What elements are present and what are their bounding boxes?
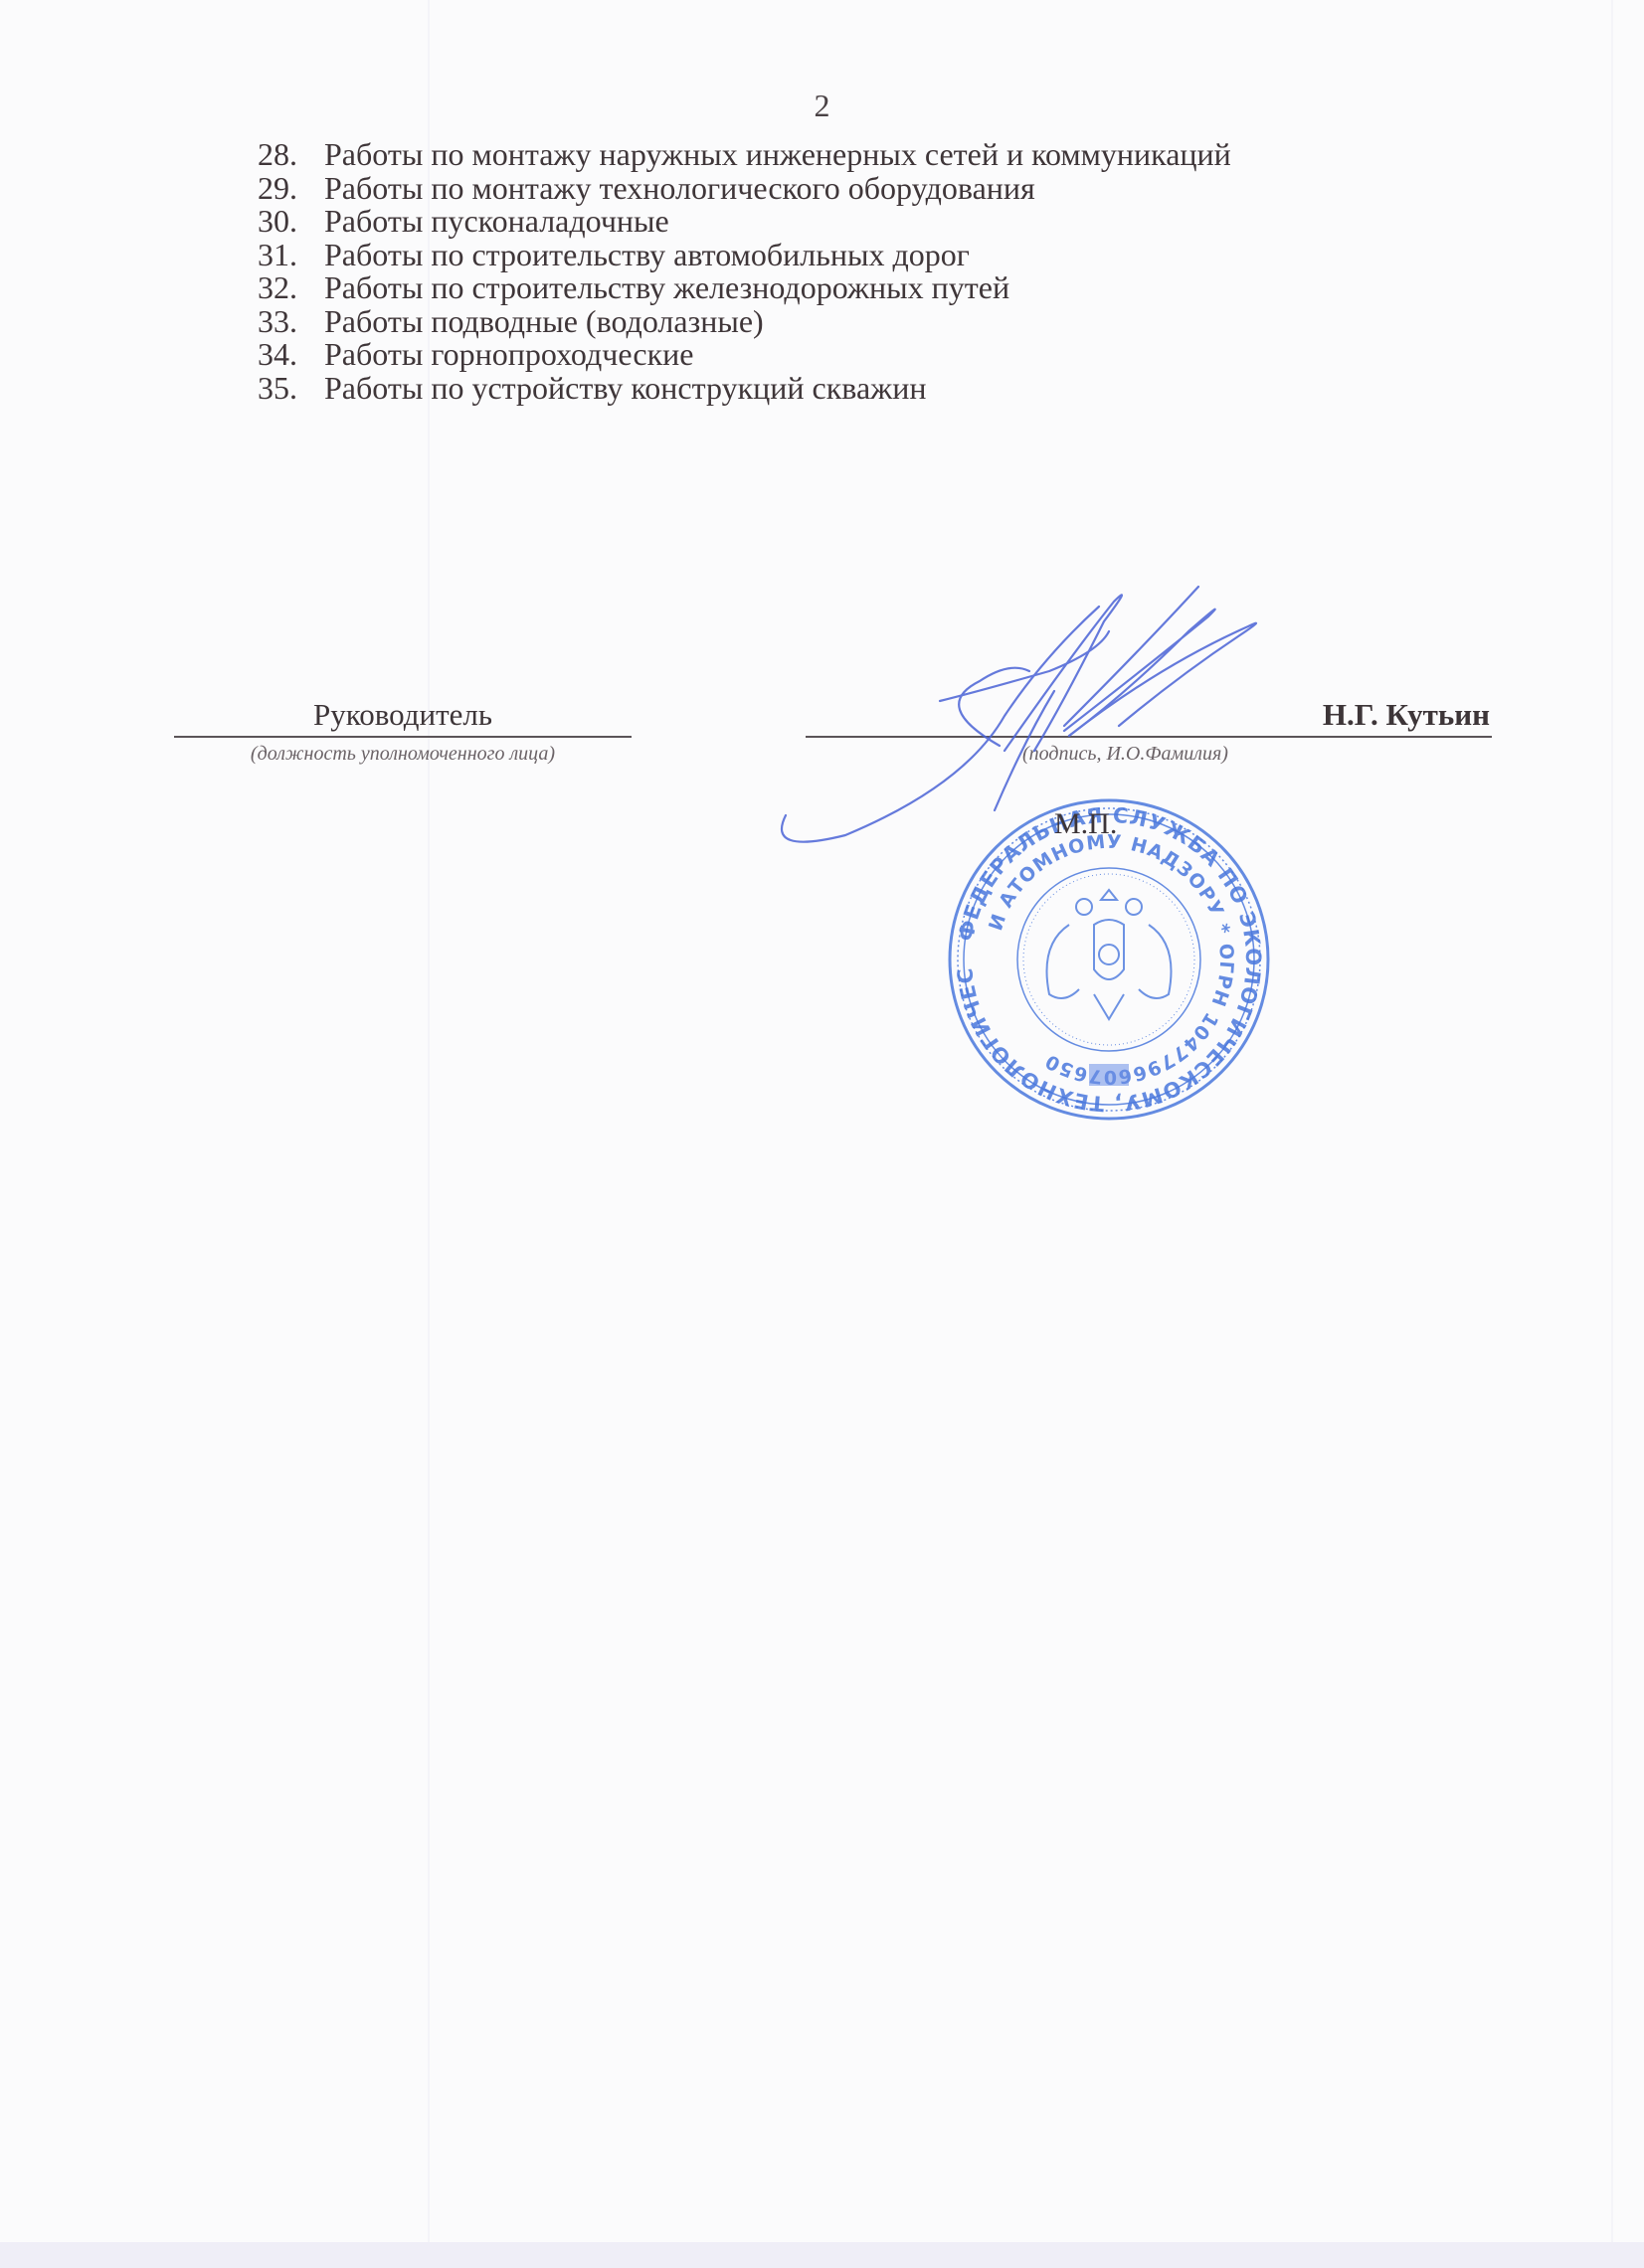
list-item: 29.Работы по монтажу технологического об…: [258, 172, 1231, 206]
coat-of-arms-icon: [1047, 890, 1172, 1019]
signer-name: Н.Г. Кутьин: [806, 696, 1492, 734]
signature-line: [806, 736, 1492, 738]
item-text: Работы по устройству конструкций скважин: [324, 370, 927, 406]
signer-signature-field: Н.Г. Кутьин (подпись, И.О.Фамилия): [806, 696, 1492, 766]
list-item: 28.Работы по монтажу наружных инженерных…: [258, 138, 1231, 172]
item-text: Работы по строительству автомобильных до…: [324, 237, 970, 272]
position-title: Руководитель: [174, 696, 632, 734]
work-types-list: 28.Работы по монтажу наружных инженерных…: [258, 138, 1231, 405]
item-text: Работы горнопроходческие: [324, 336, 693, 372]
document-page: 2 28.Работы по монтажу наружных инженерн…: [0, 0, 1644, 2268]
stamp-inner-text: И АТОМНОМУ НАДЗОРУ * ОГРН 1047796607650: [985, 831, 1237, 1088]
item-text: Работы по строительству железнодорожных …: [324, 269, 1009, 305]
scan-artifact: [1611, 0, 1613, 2242]
item-number: 32.: [258, 271, 324, 305]
list-item: 35.Работы по устройству конструкций сква…: [258, 372, 1231, 406]
list-item: 32.Работы по строительству железнодорожн…: [258, 271, 1231, 305]
item-number: 30.: [258, 205, 324, 239]
seal-label: М.П.: [1054, 807, 1117, 841]
signer-caption: (подпись, И.О.Фамилия): [806, 743, 1492, 766]
official-stamp: ФЕДЕРАЛЬНАЯ СЛУЖБА ПО ЭКОЛОГИЧЕСКОМУ, ТЕ…: [945, 795, 1273, 1124]
scan-artifact-band: [0, 2242, 1644, 2268]
position-signature-field: Руководитель (должность уполномоченного …: [174, 696, 632, 766]
item-number: 29.: [258, 172, 324, 206]
list-item: 34.Работы горнопроходческие: [258, 338, 1231, 372]
list-item: 33.Работы подводные (водолазные): [258, 305, 1231, 339]
item-number: 34.: [258, 338, 324, 372]
list-item: 31.Работы по строительству автомобильных…: [258, 239, 1231, 272]
svg-text:И АТОМНОМУ НАДЗОРУ * ОГРН 1047: И АТОМНОМУ НАДЗОРУ * ОГРН 1047796607650: [985, 831, 1237, 1088]
page-number: 2: [0, 87, 1644, 124]
item-number: 35.: [258, 372, 324, 406]
item-text: Работы по монтажу наружных инженерных се…: [324, 136, 1231, 172]
position-caption: (должность уполномоченного лица): [174, 743, 632, 766]
item-number: 31.: [258, 239, 324, 272]
item-number: 33.: [258, 305, 324, 339]
list-item: 30.Работы пусконаладочные: [258, 205, 1231, 239]
item-text: Работы пусконаладочные: [324, 203, 669, 239]
item-text: Работы по монтажу технологического обору…: [324, 170, 1035, 206]
item-number: 28.: [258, 138, 324, 172]
item-text: Работы подводные (водолазные): [324, 303, 764, 339]
signature-line: [174, 736, 632, 738]
